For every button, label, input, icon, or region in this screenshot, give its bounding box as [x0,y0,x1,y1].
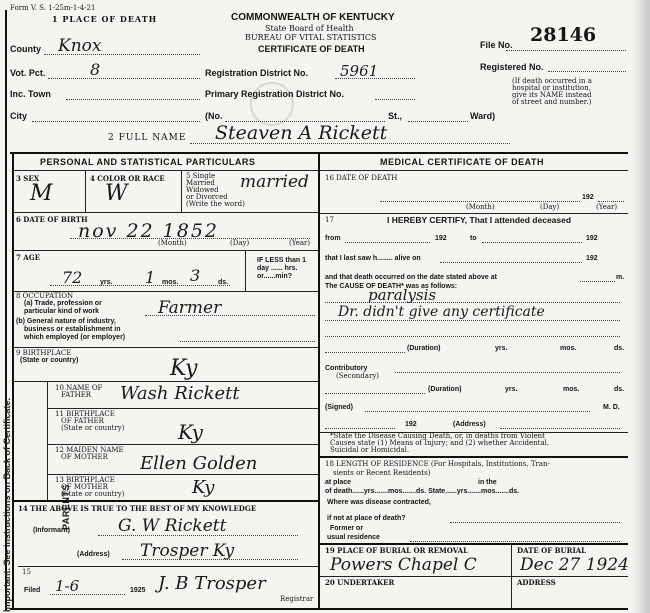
last-saw-label: that I last saw h........ alive on [325,255,421,262]
occupation-a-label: (a) Trade, profession or particular kind… [24,300,102,316]
birthplace-value: Ky [170,356,197,381]
father-name-value: Wash Rickett [120,383,240,404]
margin-instruction: Important. See instructions on Back of C… [2,398,12,612]
burial-date-label: DATE OF BURIAL [517,547,586,554]
burial-place-value: Powers Chapel C [330,555,477,575]
contributory-label: Contributory [325,365,367,372]
filed-year: 1925 [130,587,146,594]
certificate-title: CERTIFICATE OF DEATH [258,44,365,54]
signed-label: (Signed) [325,404,353,411]
board-title: State Board of Health [265,24,354,33]
county-value: Knox [58,36,101,56]
medical-section-title: MEDICAL CERTIFICATE OF DEATH [380,157,544,167]
dob-day-label: (Day) [230,240,249,247]
duration-mos: mos. [560,345,576,352]
burial-place-label: 19 PLACE OF BURIAL OR REMOVAL [325,547,468,554]
full-name-label: 2 FULL NAME [108,133,186,143]
where-contracted-label: Where was disease contracted, [327,499,431,506]
md-label: M. D. [603,404,620,411]
informant-label: (Informant) [33,527,70,534]
undertaker-label: 20 UNDERTAKER [325,579,394,586]
certify-text: I HEREBY CERTIFY, That I attended deceas… [387,215,571,225]
mother-name-value: Ellen Golden [140,453,257,474]
age-days: 3 [190,266,200,285]
filed-number: 15 [22,569,31,576]
registration-district-value: 5961 [340,62,378,80]
dob-month-label: (Month) [158,240,187,247]
state-title: COMMONWEALTH OF KENTUCKY [231,12,395,23]
if-not-place-label: if not at place of death? [327,515,406,522]
informant-value: G. W Rickett [118,516,226,536]
form-id: Form V. S. 1-25m-1-4-21 [10,5,95,12]
date-of-death-label: 16 DATE OF DEATH [325,175,397,182]
death-certificate: Important. See instructions on Back of C… [0,0,650,613]
duration-label: (Duration) [407,345,440,352]
contributory-yrs: yrs. [505,386,517,393]
death-month-label: (Month) [466,204,495,211]
vot-pct-label: Vot. Pct. [10,68,45,78]
inc-town-label: Inc. Town [10,89,51,99]
age-ds-label: ds. [218,279,228,286]
sex-value: M [30,181,53,206]
age-mos-label: mos. [162,279,178,286]
filed-date: 1-6 [55,577,79,595]
death-time-m: m. [616,274,624,281]
full-name-value: Steaven A Rickett [215,122,387,144]
bureau-title: BUREAU OF VITAL STATISTICS [245,33,376,42]
duration-ds: ds. [614,345,624,352]
true-statement: 14 THE ABOVE IS TRUE TO THE BEST OF MY K… [18,505,256,512]
death-day-label: (Day) [540,204,559,211]
attended-to-label: to [470,235,477,242]
duration-yrs: yrs. [495,345,507,352]
primary-registration-label: Primary Registration District No. [205,89,344,99]
street-no-label: (No. [205,111,223,121]
place-of-death-label: 1 PLACE OF DEATH [52,15,157,24]
dob-value: nov 22 1852 [78,220,219,242]
residence-label: 18 LENGTH OF RESIDENCE (For Hospitals, I… [325,460,550,478]
father-birthplace-value: Ky [178,420,203,444]
file-no-label: File No. [480,40,513,50]
ward-label: Ward) [470,111,495,121]
former-label: Former or [330,525,363,532]
mother-name-label: 12 MAIDEN NAME OF MOTHER [55,447,124,461]
cause-footnote: *State the Disease Causing Death, or, in… [330,433,549,454]
father-birthplace-label: 11 BIRTHPLACE OF FATHER (State or countr… [55,411,124,432]
death-year-prefix: 192 [582,194,594,201]
burial-date-value: Dec 27 1924 [520,555,629,575]
signed-year: 192 [405,421,417,428]
file-no-value: 28146 [530,24,596,46]
less-than-day: IF LESS than 1 day ...... hrs. or......m… [257,257,306,281]
undertaker-address-label: ADDRESS [517,579,556,586]
informant-address-value: Trosper Ky [140,541,234,561]
street-label: St., [388,111,402,121]
doctor-address-label: (Address) [453,421,486,428]
hospital-note-4: of street and number.) [512,99,591,106]
occupation-b-label: (b) General nature of industry, business… [16,318,125,342]
county-label: County [10,44,41,54]
registrar-signature: J. B Trosper [158,573,266,594]
death-year-label: (Year) [596,204,617,211]
mother-birthplace-label: 13 BIRTHPLACE OF MOTHER (State or countr… [55,477,124,498]
death-occurred-label: and that death occurred on the date stat… [325,274,497,281]
registration-district-label: Registration District No. [205,68,308,78]
scan-edge-shadow [632,0,650,613]
dob-label: 6 DATE OF BIRTH [16,216,88,223]
last-saw-year: 192 [586,255,598,262]
age-label: 7 AGE [16,254,40,261]
father-name-label: 10 NAME OF FATHER [55,385,102,399]
age-yrs-label: yrs. [100,279,112,286]
contributory-duration-label: (Duration) [428,386,461,393]
vot-pct-value: 8 [90,60,100,79]
marital-value: married [240,172,309,192]
age-months: 1 [145,268,155,287]
birthplace-label: 9 BIRTHPLACE [16,350,71,357]
dob-year-label: (Year) [289,240,310,247]
usual-residence-label: usual residence [327,534,380,541]
attended-from-label: from [325,235,341,242]
age-years: 72 [62,268,82,287]
city-label: City [10,111,27,121]
contributory-ds: ds. [614,386,624,393]
attended-to-year: 192 [586,235,598,242]
personal-section-title: PERSONAL AND STATISTICAL PARTICULARS [40,157,255,167]
informant-address-label: (Address) [77,551,110,558]
contributory-mos: mos. [563,386,579,393]
at-place-label: at place [325,479,351,486]
birthplace-sub: (State or country) [20,357,78,364]
cause-line-2: Dr. didn't give any certificate [338,304,545,320]
cause-line-1: paralysis [368,286,436,304]
secondary-label: (Secondary) [336,373,379,380]
filed-label: Filed [24,587,40,594]
race-value: W [105,181,128,206]
marital-label: 5 Single Married Widowed or Divorced (Wr… [186,173,245,208]
occupation-value: Farmer [158,298,221,318]
residence-duration: of death......yrs.......mos.......ds. St… [325,488,519,495]
mother-birthplace-value: Ky [192,477,214,498]
attended-from-year: 192 [435,235,447,242]
registered-no-label: Registered No. [480,62,544,72]
in-the-label: in the [478,479,497,486]
registrar-label: Registrar [280,596,313,603]
occupation-label: 8 OCCUPATION [16,293,73,300]
certify-number: 17 [325,217,334,224]
